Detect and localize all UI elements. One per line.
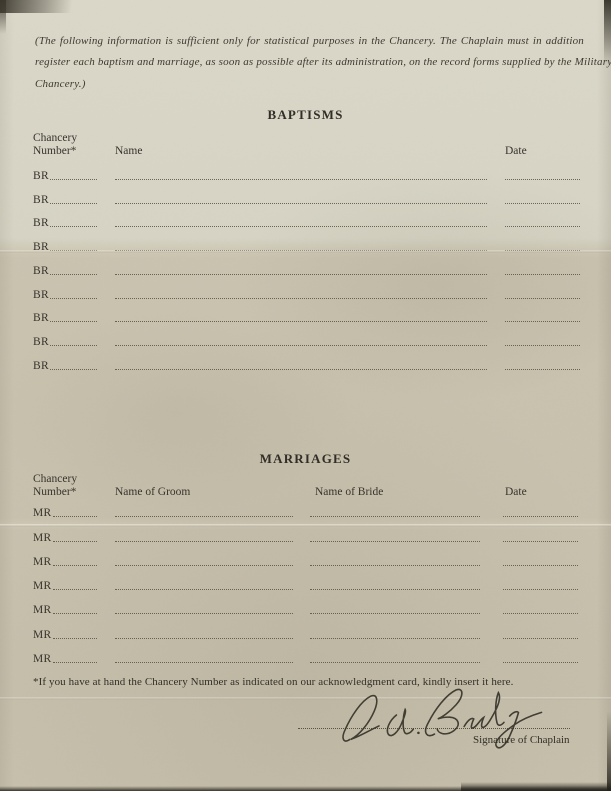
chancery-label-line1: Chancery (33, 132, 77, 145)
name-dotted-line (115, 369, 487, 370)
baptism-table-row: BR (33, 299, 580, 323)
marriage-table-row: MR (33, 517, 580, 541)
bride-name-dotted-line (310, 541, 480, 542)
chancery-number-dotted-line (50, 369, 97, 370)
chancery-number-cell: BR (33, 288, 97, 299)
chancery-number-dotted-line (53, 662, 98, 663)
marriage-table-row: MR (33, 542, 580, 566)
row-prefix-label: MR (33, 605, 52, 616)
groom-name-dotted-line (115, 613, 293, 614)
chancery-number-cell: BR (33, 216, 97, 227)
chancery-number-cell: MR (33, 603, 97, 614)
date-dotted-line (503, 565, 578, 566)
chancery-number-dotted-line (50, 321, 97, 322)
row-prefix-label: MR (33, 581, 52, 592)
intro-line: register each baptism and marriage, as s… (35, 52, 584, 73)
chancery-number-dotted-line (50, 274, 97, 275)
baptism-table-row: BR (33, 227, 580, 251)
chancery-number-cell: MR (33, 652, 97, 663)
fold-crease-upper (0, 250, 611, 253)
chancery-number-dotted-line (50, 203, 97, 204)
name-dotted-line (115, 345, 487, 346)
chancery-number-cell: BR (33, 264, 97, 275)
row-prefix-label: BR (33, 290, 49, 301)
baptism-table-row: BR (33, 180, 580, 204)
baptism-table-row: BR (33, 251, 580, 275)
row-prefix-label: BR (33, 313, 49, 324)
date-dotted-line (503, 662, 578, 663)
scan-shadow-top-left (0, 0, 84, 13)
chancery-number-cell: BR (33, 193, 97, 204)
groom-name-dotted-line (115, 589, 293, 590)
column-header-chancery-number: Chancery Number* (33, 132, 77, 157)
signature-handwriting (338, 684, 570, 764)
date-dotted-line (505, 226, 580, 227)
scan-shadow-right-bottom (607, 711, 611, 791)
marriages-section-title: MARRIAGES (0, 451, 611, 467)
date-dotted-line (503, 589, 578, 590)
row-prefix-label: BR (33, 337, 49, 348)
name-dotted-line (115, 274, 487, 275)
date-dotted-line (505, 203, 580, 204)
date-dotted-line (503, 541, 578, 542)
name-dotted-line (115, 321, 487, 322)
marriage-table-row: MR (33, 493, 580, 517)
chancery-number-cell: BR (33, 335, 97, 346)
intro-paragraph: (The following information is sufficient… (35, 31, 584, 95)
groom-name-dotted-line (115, 565, 293, 566)
date-dotted-line (505, 179, 580, 180)
chancery-number-dotted-line (53, 565, 98, 566)
chancery-number-dotted-line (50, 226, 97, 227)
chancery-number-dotted-line (50, 345, 97, 346)
row-prefix-label: MR (33, 630, 52, 641)
groom-name-dotted-line (115, 638, 293, 639)
marriage-table-row: MR (33, 639, 580, 663)
date-dotted-line (505, 298, 580, 299)
bride-name-dotted-line (310, 638, 480, 639)
baptism-table-row: BR (33, 204, 580, 228)
chancery-number-dotted-line (53, 516, 98, 517)
groom-name-dotted-line (115, 541, 293, 542)
groom-name-dotted-line (115, 662, 293, 663)
row-prefix-label: BR (33, 266, 49, 277)
baptisms-rows: BR BR BR BR (33, 156, 580, 370)
groom-name-dotted-line (115, 516, 293, 517)
chancery-label-line1: Chancery (33, 473, 77, 486)
chancery-number-dotted-line (53, 541, 98, 542)
row-prefix-label: BR (33, 171, 49, 182)
chancery-number-cell: BR (33, 311, 97, 322)
marriage-table-row: MR (33, 590, 580, 614)
chancery-number-dotted-line (53, 613, 98, 614)
baptisms-section-title: BAPTISMS (0, 107, 611, 123)
chancery-number-cell: BR (33, 169, 97, 180)
name-dotted-line (115, 298, 487, 299)
baptism-table-row: BR (33, 346, 580, 370)
row-prefix-label: BR (33, 361, 49, 372)
marriages-rows: MR MR MR MR (33, 493, 580, 663)
chancery-number-dotted-line (50, 298, 97, 299)
name-dotted-line (115, 226, 487, 227)
scan-shadow-left-edge (0, 0, 6, 34)
scan-shadow-right-edge (604, 0, 611, 66)
fold-crease-middle (0, 524, 611, 527)
row-prefix-label: MR (33, 654, 52, 665)
date-dotted-line (505, 274, 580, 275)
date-dotted-line (505, 345, 580, 346)
date-dotted-line (503, 638, 578, 639)
row-prefix-label: BR (33, 195, 49, 206)
bride-name-dotted-line (310, 613, 480, 614)
bride-name-dotted-line (310, 516, 480, 517)
row-prefix-label: MR (33, 557, 52, 568)
intro-line: (The following information is sufficient… (35, 31, 584, 52)
chancery-number-cell: MR (33, 628, 97, 639)
row-prefix-label: MR (33, 533, 52, 544)
chancery-number-dotted-line (50, 179, 97, 180)
date-dotted-line (503, 516, 578, 517)
date-dotted-line (505, 369, 580, 370)
chancery-number-cell: MR (33, 531, 97, 542)
chancery-number-cell: BR (33, 359, 97, 370)
name-dotted-line (115, 203, 487, 204)
name-dotted-line (115, 179, 487, 180)
row-prefix-label: MR (33, 508, 52, 519)
chancery-number-cell: MR (33, 506, 97, 517)
baptism-table-row: BR (33, 156, 580, 180)
marriage-table-row: MR (33, 566, 580, 590)
baptism-table-row: BR (33, 275, 580, 299)
bride-name-dotted-line (310, 565, 480, 566)
chancery-number-dotted-line (53, 589, 98, 590)
date-dotted-line (503, 613, 578, 614)
chancery-number-cell: MR (33, 555, 97, 566)
bride-name-dotted-line (310, 589, 480, 590)
chancery-number-dotted-line (53, 638, 98, 639)
baptism-table-row: BR (33, 322, 580, 346)
marriage-table-row: MR (33, 614, 580, 638)
row-prefix-label: BR (33, 218, 49, 229)
bride-name-dotted-line (310, 662, 480, 663)
scan-shadow-bottom-right (461, 782, 611, 791)
chancery-statistics-form: (The following information is sufficient… (0, 0, 611, 791)
chancery-number-cell: MR (33, 579, 97, 590)
intro-line: Chancery.) (35, 74, 584, 95)
date-dotted-line (505, 321, 580, 322)
